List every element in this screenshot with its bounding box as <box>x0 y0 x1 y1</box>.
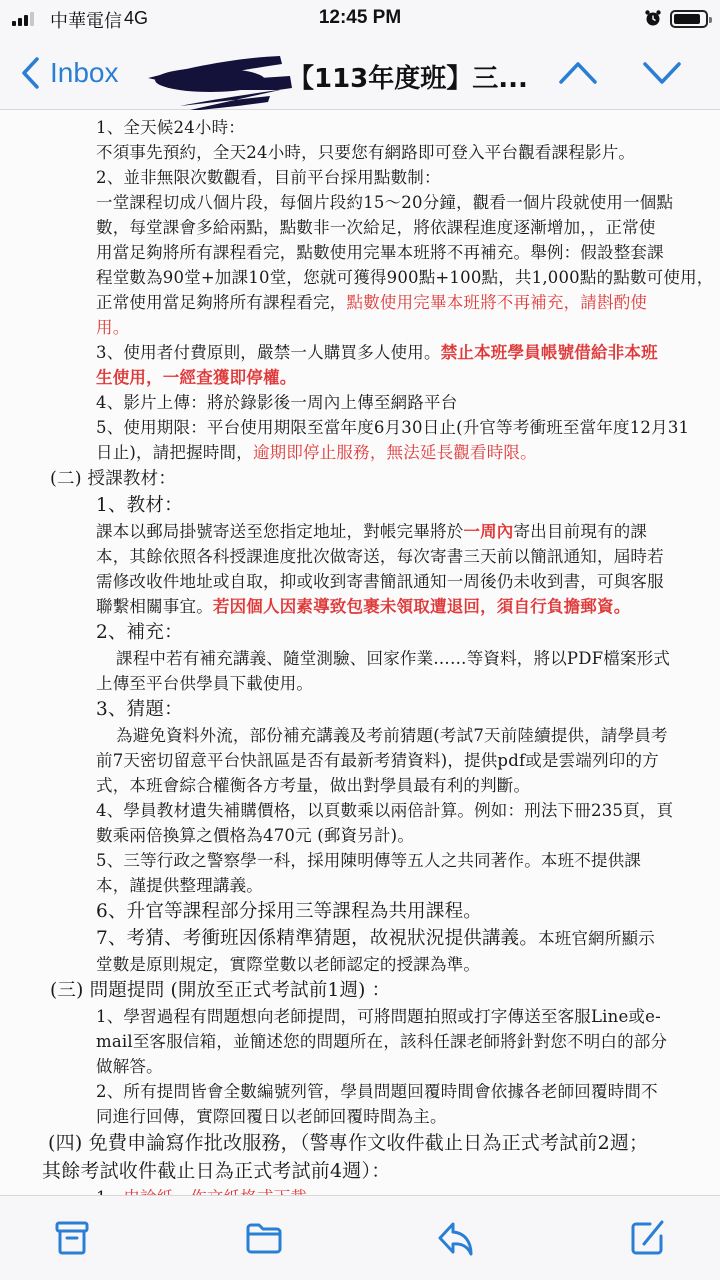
s3-item2: 同進行回傳，實際回覆日以老師回覆時間為主。 <box>0 1104 720 1129</box>
section-3-heading: (三) 問題提問 (開放至正式考試前1週) ： <box>0 977 720 1004</box>
s1-item3: 3、使用者付費原則，嚴禁一人購買多人使用。禁止本班學員帳號借給非本班 <box>0 340 720 365</box>
s2-item3-text: 前7天密切留意平台快訊區是否有最新考猜資料)，提供pdf或是雲端列印的方 <box>0 748 720 773</box>
s2-item3-text: 式，本班會綜合權衡各方考量，做出對學員最有利的判斷。 <box>0 773 720 798</box>
text: 聯繫相關事宜。 <box>96 597 213 616</box>
battery-icon <box>670 10 708 28</box>
section-4-heading: 其餘考試收件截止日為正式考試前4週）： <box>0 1157 720 1185</box>
compose-icon[interactable] <box>628 1218 668 1258</box>
format-download-link[interactable]: 申論紙、作文紙格式下載 <box>123 1188 307 1195</box>
s2-item2-text: 上傳至平台供學員下載使用。 <box>0 671 720 696</box>
s3-item1: 做解答。 <box>0 1054 720 1079</box>
s2-item7: 7、考猜、考衝班因係精準猜題，故視狀況提供講義。本班官網所顯示 <box>0 925 720 952</box>
text: 寄出目前現有的課 <box>514 522 648 541</box>
archive-icon[interactable] <box>52 1218 92 1258</box>
s2-item1-title: 1、教材： <box>0 492 720 519</box>
s3-item1: mail至客服信箱，並簡述您的問題所在，該科任課老師將針對您不明白的部分 <box>0 1029 720 1054</box>
s1-item2-text: 一堂課程切成八個片段，每個片段約15～20分鐘，觀看一個片段就使用一個點 <box>0 190 720 215</box>
warning-text: 禁止本班學員帳號借給非本班 <box>441 343 658 362</box>
reply-icon[interactable] <box>436 1218 476 1258</box>
text: 7、考猜、考衝班因係精準猜題，故視狀況提供講義。 <box>96 928 538 949</box>
s1-item1-title: 1、全天候24小時： <box>0 115 720 140</box>
s2-item1-text: 本，其餘依照各科授課進度批次做寄送，每次寄書三天前以簡訊通知，屆時若 <box>0 544 720 569</box>
s1-item2-text: 數，每堂課會多給兩點，點數非一次給足，將依課程進度逐漸增加，，正常使 <box>0 215 720 240</box>
mail-toolbar <box>0 1195 720 1280</box>
s2-item1-text: 需修改收件地址或自取，抑或收到寄書簡訊通知一周後仍未收到書，可與客服 <box>0 569 720 594</box>
s2-item1-text: 聯繫相關事宜。若因個人因素導致包裹未領取遭退回，須自行負擔郵資。 <box>0 594 720 619</box>
back-to-inbox-button[interactable]: Inbox <box>20 56 119 90</box>
previous-message-button[interactable] <box>558 60 598 86</box>
text: 課本以郵局掛號寄送至您指定地址，對帳完畢將於 <box>96 522 463 541</box>
highlight-text: 逾期即停止服務，無法延長觀看時限。 <box>253 443 537 462</box>
email-body[interactable]: 1、全天候24小時： 不須事先預約，全天24小時，只要您有網路即可登入平台觀看課… <box>0 110 720 1195</box>
s2-item4: 4、學員教材遺失補購價格，以頁數乘以兩倍計算。例如：刑法下冊235頁，頁 <box>0 798 720 823</box>
text: 3、使用者付費原則，嚴禁一人購買多人使用。 <box>96 343 441 362</box>
back-label: Inbox <box>50 57 119 89</box>
s2-item5: 5、三等行政之警察學一科，採用陳明傳等五人之共同著作。本班不提供課 <box>0 848 720 873</box>
warning-text: 生使用，一經查獲即停權。 <box>0 365 720 390</box>
s3-item2: 2、所有提問皆會全數編號列管，學員問題回覆時間會依據各老師回覆時間不 <box>0 1079 720 1104</box>
highlight-text: 一周內 <box>463 522 513 541</box>
s2-item1-text: 課本以郵局掛號寄送至您指定地址，對帳完畢將於一周內寄出目前現有的課 <box>0 519 720 544</box>
s2-item2-text: 課程中若有補充講義、隨堂測驗、回家作業……等資料，將以PDF檔案形式 <box>0 646 720 671</box>
folder-icon[interactable] <box>244 1218 284 1258</box>
s4-item1: 1、申論紙、作文紙格式下載 <box>0 1185 720 1195</box>
s1-item4: 4、影片上傳：將於錄影後一周內上傳至網路平台 <box>0 390 720 415</box>
section-2-heading: (二) 授課教材： <box>0 467 720 492</box>
s2-item3-title: 3、猜題： <box>0 696 720 723</box>
s3-item1: 1、學習過程有問題想向老師提問，可將問題拍照或打字傳送至客服Line或e- <box>0 1004 720 1029</box>
text: 正常使用當足夠將所有課程看完， <box>96 293 347 312</box>
next-message-button[interactable] <box>642 60 682 86</box>
s1-item5: 5、使用期限：平台使用期限至當年度6月30日止(升官等考衝班至當年度12月31 <box>0 415 720 440</box>
s1-item2-text: 用當足夠將所有課程看完，點數使用完畢本班將不再補充。舉例：假設整套課 <box>0 240 720 265</box>
alarm-icon <box>644 9 662 27</box>
highlight-text: 點數使用完畢本班將不再補充，請斟酌使 <box>347 293 648 312</box>
text: 日止)，請把握時間， <box>96 443 253 462</box>
redaction-scribble <box>140 50 300 110</box>
s2-item2-title: 2、補充： <box>0 619 720 646</box>
s1-item2-text: 程堂數為90堂+加課10堂，您就可獲得900點+100點，共1,000點的點數可… <box>0 265 720 290</box>
s2-item3-text: 為避免資料外流，部份補充講義及考前猜題(考試7天前陸續提供，請學員考 <box>0 723 720 748</box>
s1-item2-text: 正常使用當足夠將所有課程看完，點數使用完畢本班將不再補充，請斟酌使 <box>0 290 720 315</box>
text: 1、 <box>96 1188 123 1195</box>
highlight-text: 用。 <box>0 315 720 340</box>
mail-nav-bar: Inbox 【113年度班】三... <box>0 40 720 110</box>
text: 本班官網所顯示 <box>538 929 655 948</box>
s1-item5: 日止)，請把握時間，逾期即停止服務，無法延長觀看時限。 <box>0 440 720 465</box>
clock: 12:45 PM <box>0 7 720 29</box>
s2-item7: 堂數是原則規定，實際堂數以老師認定的授課為準。 <box>0 952 720 977</box>
s1-item2-title: 2、並非無限次數觀看，目前平台採用點數制： <box>0 165 720 190</box>
s2-item4: 數乘兩倍換算之價格為470元 (郵資另計)。 <box>0 823 720 848</box>
status-bar: 中華電信 4G 12:45 PM <box>0 0 720 40</box>
chevron-left-icon <box>20 56 42 90</box>
s1-item1-body: 不須事先預約，全天24小時，只要您有網路即可登入平台觀看課程影片。 <box>0 140 720 165</box>
email-subject: 【113年度班】三... <box>288 58 528 95</box>
s2-item6: 6、升官等課程部分採用三等課程為共用課程。 <box>0 898 720 925</box>
section-4-heading: (四) 免費申論寫作批改服務，（警專作文收件截止日為正式考試前2週； <box>0 1129 720 1157</box>
warning-text: 若因個人因素導致包裹未領取遭退回，須自行負擔郵資。 <box>213 597 631 616</box>
s2-item5: 本，謹提供整理講義。 <box>0 873 720 898</box>
